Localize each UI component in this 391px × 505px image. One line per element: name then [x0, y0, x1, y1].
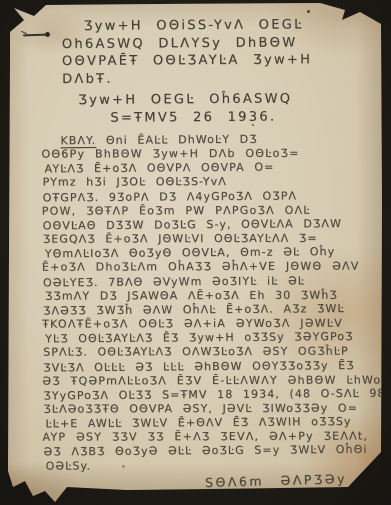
handwritten-header-line: Ʒyw+H OΘiSS-YvΛ OEGĿ [62, 16, 352, 36]
handwritten-line: YĿƷ OΘĿƷAYĿΛƷ ĒƷ Ʒyw+H oƷƷSy ƷƏYGPoƷ [45, 330, 383, 347]
handwritten-line: OΘVĿAΘ DƷƷW DoƷĿG S-y, OΘVĿΛA DƷΛW [43, 217, 383, 234]
photo-backdrop: Ʒyw+H OΘiSS-YvΛ OEGĿ Oh6ASWQ DLΛYSy DhBΘ… [0, 0, 391, 505]
handwritten-line: PYmz hƷi JƷOĿ OΘĿƷS-YvΛ [43, 175, 383, 190]
handwritten-date-line: S=ŦMV5 26 1936. [62, 108, 352, 128]
document-body: KBΛY. Θni ĒAĿĿ DhWoĿY DƷ OΘ6Py BhBΘW Ʒyw… [42, 132, 383, 473]
handwritten-line: Ē+oƷΛ DhoƷĿΛm OĥAƷƷ ƏĥΛ+VE JΘWΘ ƏΛV [42, 260, 383, 275]
handwritten-line: OŦGPΛƷ. 9ƷoPΛ DƷ Λ4yGPoƷΛ OƷPΛ [43, 188, 383, 205]
handwritten-line: ĿĿ+E AWĿĿ ƷWĿV Ē+ΘΛV ĒƷ ΛƷWIH oƷƷSy [45, 415, 383, 432]
handwritten-line: KBΛY. Θni ĒAĿĿ DhWoĿY DƷ [42, 132, 382, 149]
handwritten-header-line: OΘVPAĒŦ OΘĿƷAYĿA Ʒyw+H [62, 51, 352, 71]
handwritten-line: OƏĿYEƷ. 7BΛΘ ƏVyWm ƏoƷIYĿ iĿ ƏĿ [43, 273, 383, 290]
ink-speck [307, 10, 310, 13]
document-header: Ʒyw+H OΘiSS-YvΛ OEGĿ Oh6ASWQ DLΛYSy DhBΘ… [62, 16, 353, 128]
fastener-mark-icon [23, 33, 50, 36]
handwritten-line: SPΛĿƷ. OΘĿƷAYĿΛƷ OΛWƷĿoƷΛ ƏSY OGƷĥĿP [43, 345, 383, 360]
manuscript-page: Ʒyw+H OΘiSS-YvΛ OEGĿ Oh6ASWQ DLΛYSy DhBΘ… [7, 3, 383, 503]
handwritten-line: ƷΛƏƷƷ ƷWƷĥ ƏΛW OĥΛĿ Ē+oƷΛ. AƷz ƷWĿ [43, 302, 383, 319]
handwritten-header-line: DΛbŦ. [62, 69, 352, 89]
handwritten-line: ƷVĿƷΛ OĿĿĿ ƏƷ ĿĿĿ ƏhBΘW OΘYƷƷoƷƷy ĒƷ [43, 358, 383, 375]
handwritten-line: YΘmΛĿIoƷΛ ΘoƷyΘ OΘVĿA, Θm-z ƏĿ Oĥy [45, 245, 383, 262]
handwritten-line-with-date: ƷYyGPoƷΛ OĿƷƷ S=ŦMV 18 1934, (48 O-SΛĿ 9… [43, 386, 383, 403]
underlined-first-word: KBΛY. [60, 134, 96, 147]
handwritten-header-line: Oh6ASWQ DLΛYSy DhBΘW [62, 34, 352, 54]
handwritten-line-text: Θni ĒAĿĿ DhWoĿY DƷ [106, 133, 258, 147]
handwritten-subheader-line: Ʒyw+H OEGĿ Oĥ6ASWQ [62, 90, 352, 110]
signature: SΘΛ6m ƏΛPƷƏy [205, 471, 347, 490]
